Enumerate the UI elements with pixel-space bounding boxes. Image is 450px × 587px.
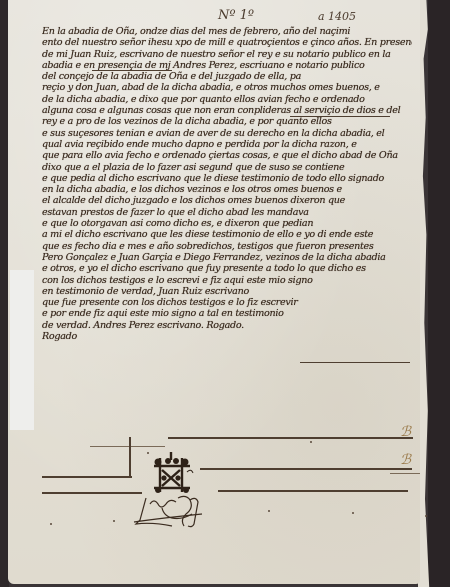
text-line: e por ende fiz aqui este mio signo a tal… bbox=[42, 308, 412, 319]
text-line: en testimonio de verdad, Juan Ruiz escri… bbox=[42, 286, 412, 297]
text-line: estavan prestos de fazer lo que el dicho… bbox=[42, 207, 412, 218]
text-line: del conçejo de la abadia de Oña e del ju… bbox=[42, 71, 412, 82]
text-line: a mi el dicho escrivano que les diese te… bbox=[42, 229, 412, 240]
fill-line bbox=[218, 490, 408, 492]
document-year: a 1405 bbox=[318, 10, 356, 23]
text-line: Rogado bbox=[42, 331, 102, 342]
text-line: que fue presente con los dichos testigos… bbox=[42, 297, 412, 308]
paper-repair-patch bbox=[10, 270, 34, 430]
fill-line bbox=[390, 473, 420, 474]
text-line: e otros, e yo el dicho escrivano que fuy… bbox=[42, 263, 412, 274]
text-line: e que lo otorgavan asi como dicho es, e … bbox=[42, 218, 412, 229]
text-line: reçio y don Juan, abad de la dicha abadi… bbox=[42, 82, 412, 93]
ink-underline bbox=[290, 116, 390, 117]
text-line: el alcalde del dicho juzgado e los dicho… bbox=[42, 195, 412, 206]
paper-speck bbox=[50, 523, 52, 525]
text-line: con los dichos testigos e lo escrevi e f… bbox=[42, 275, 412, 286]
text-line: que para ello avia fecho e ordenado çier… bbox=[42, 150, 412, 161]
fill-line bbox=[168, 437, 413, 439]
text-line: Pero Gonçalez e Juan Garçia e Diego Ferr… bbox=[42, 252, 412, 263]
text-line: de verdad. Andres Perez escrivano. Rogad… bbox=[42, 320, 412, 331]
fill-line bbox=[42, 492, 142, 494]
text-line: qual avia reçibido ende mucho dapno e pe… bbox=[42, 139, 412, 150]
text-line: de la dicha abadia, e dixo que por quant… bbox=[42, 94, 412, 105]
text-line: e sus suçesores tenian e avian de aver d… bbox=[42, 128, 412, 139]
paper-speck bbox=[147, 452, 149, 454]
text-line: en la dicha abadia, e los dichos vezinos… bbox=[42, 184, 412, 195]
text-line: dixo que a el plazia de lo fazer asi seg… bbox=[42, 162, 412, 173]
notarial-signum-icon bbox=[150, 452, 194, 496]
text-line: rey e a pro de los vezinos de la dicha a… bbox=[42, 116, 412, 127]
text-line: e que pedia al dicho escrivano que le di… bbox=[42, 173, 412, 184]
margin-mark: ℬ bbox=[400, 452, 411, 468]
paper-speck bbox=[352, 512, 354, 514]
fill-line-vertical bbox=[129, 437, 131, 477]
scan-background-right bbox=[428, 0, 450, 587]
paper-speck bbox=[268, 510, 270, 512]
signature-flourish-icon bbox=[132, 494, 220, 528]
text-line: En la abadia de Oña, ondze dias del mes … bbox=[42, 26, 412, 37]
text-line: de mi Juan Ruiz, escrivano de nuestro se… bbox=[42, 49, 412, 60]
paper-speck bbox=[425, 515, 427, 517]
paper-speck bbox=[113, 520, 115, 522]
ink-underline bbox=[300, 362, 410, 363]
document-number: Nº 1º bbox=[218, 8, 254, 23]
margin-mark: ℬ bbox=[400, 424, 411, 440]
paper-speck bbox=[310, 441, 312, 443]
fill-line bbox=[90, 446, 165, 447]
text-line: ento del nuestro señor ihesu xpo de mill… bbox=[42, 37, 412, 48]
fill-line bbox=[200, 468, 412, 470]
ink-underline bbox=[92, 70, 172, 71]
fill-line bbox=[42, 476, 132, 478]
manuscript-body: En la abadia de Oña, ondze dias del mes … bbox=[42, 26, 412, 342]
text-line: alguna cosa e algunas cosas que non eran… bbox=[42, 105, 412, 116]
text-line: que es fecho dia e mes e año sobredichos… bbox=[42, 241, 412, 252]
